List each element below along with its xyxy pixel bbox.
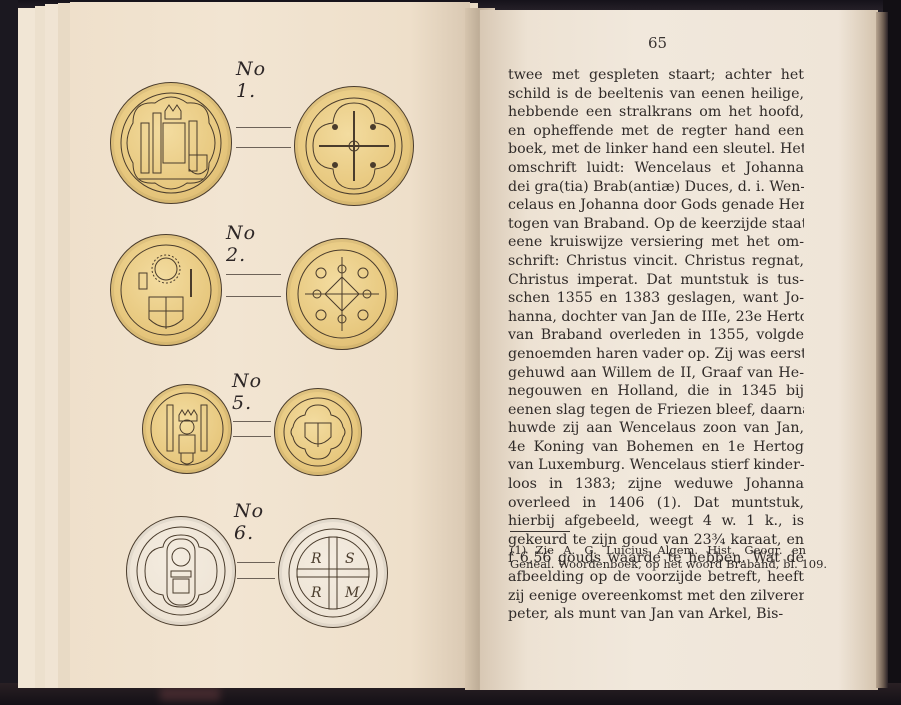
book-cover-left <box>0 0 18 705</box>
text-line: boek, met de linker hand een sleutel. He… <box>508 140 804 159</box>
connector-line <box>237 562 275 563</box>
connector-line <box>233 436 271 437</box>
text-line: eenen slag tegen de Friezen bleef, daarn… <box>508 401 804 420</box>
text-line: schen 1355 en 1383 geslagen, want Jo- <box>508 289 804 308</box>
text-line: gehuwd aan Willem de II, Graaf van He- <box>508 364 804 383</box>
footnote-rule <box>510 531 570 532</box>
footnote: (1) Zie A. G. Luicius Algem. Hist. Geogr… <box>510 543 806 571</box>
plate-label: No 6. <box>234 500 264 544</box>
text-line: loos in 1383; zijne weduwe Johanna <box>508 475 804 494</box>
connector-line <box>236 147 291 148</box>
text-line: van Braband overleden in 1355, volgde <box>508 326 804 345</box>
text-line: schrift: Christus vincit. Christus regna… <box>508 252 804 271</box>
coin-reverse-image: R S R M <box>278 518 388 628</box>
footnote-line: (1) Zie A. G. Luicius Algem. Hist. Geogr… <box>510 543 806 557</box>
text-line: genoemden haren vader op. Zij was eerst <box>508 345 804 364</box>
connector-line <box>236 127 291 128</box>
text-line: huwde zij aan Wencelaus zoon van Jan, <box>508 419 804 438</box>
coin-reverse-image <box>294 86 414 206</box>
text-line: hierbij afgebeeld, weegt 4 w. 1 k., is <box>508 512 804 531</box>
text-line: schild is de beeltenis van eenen heilige… <box>508 85 804 104</box>
quadrant-letter: M <box>344 585 360 601</box>
text-line: eene kruiswijze versiering met het om- <box>508 233 804 252</box>
text-line: negouwen en Holland, die in 1345 bij <box>508 382 804 401</box>
plate-label: No 1. <box>236 58 266 102</box>
plate-label: No 5. <box>232 370 262 414</box>
text-line: omschrift luidt: Wencelaus et Johanna <box>508 159 804 178</box>
body-text: twee met gespleten staart; achter hetsch… <box>508 66 804 624</box>
connector-line <box>233 421 271 422</box>
text-line: Christus imperat. Dat muntstuk is tus- <box>508 271 804 290</box>
connector-line <box>226 274 281 275</box>
plate-label: No 2. <box>226 222 256 266</box>
footnote-line: Geneal. Woordenboek, op het woord Braban… <box>510 557 806 571</box>
quadrant-letter: R <box>310 585 322 601</box>
text-line: zij eenige overeenkomst met den zilveren <box>508 587 804 606</box>
page-number: 65 <box>648 34 667 52</box>
text-line: hebbende een stralkrans om het hoofd, <box>508 103 804 122</box>
coin-obverse-image <box>110 82 232 204</box>
connector-line <box>237 578 275 579</box>
text-line: van Luxemburg. Wencelaus stierf kinder- <box>508 456 804 475</box>
coin-obverse-image <box>126 516 236 626</box>
coin-reverse-image <box>274 388 362 476</box>
text-line: celaus en Johanna door Gods genade Her- <box>508 196 804 215</box>
text-line: togen van Braband. Op de keerzijde staat <box>508 215 804 234</box>
text-line: overleed in 1406 (1). Dat muntstuk, <box>508 494 804 513</box>
quadrant-letter: R <box>310 551 322 567</box>
text-line: peter, als munt van Jan van Arkel, Bis- <box>508 605 804 624</box>
quadrant-letter: S <box>345 551 355 567</box>
coin-reverse-image <box>286 238 398 350</box>
right-page-edge <box>876 12 888 688</box>
text-line: twee met gespleten staart; achter het <box>508 66 804 85</box>
text-line: hanna, dochter van Jan de IIIe, 23e Hert… <box>508 308 804 327</box>
connector-line <box>226 296 281 297</box>
coin-obverse-image <box>110 234 222 346</box>
text-line: 4e Koning van Bohemen en 1e Hertog <box>508 438 804 457</box>
text-line: dei gra(tia) Brab(antiæ) Duces, d. i. We… <box>508 178 804 197</box>
text-line: en opheffende met de regter hand een <box>508 122 804 141</box>
coin-obverse-image <box>142 384 232 474</box>
